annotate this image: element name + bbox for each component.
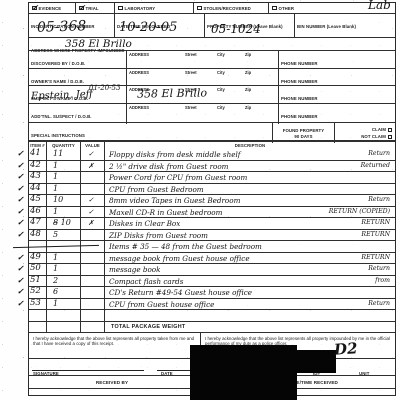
item-value-cell: ✓ — [81, 195, 105, 206]
item-value-cell — [81, 184, 105, 195]
incident-number-value: 05-368 — [37, 18, 87, 36]
item-quantity-value: 6 — [53, 287, 58, 296]
not-claim-label: NOT CLAIM — [361, 134, 386, 139]
city-label: City — [217, 87, 225, 92]
item-number-value: 52 — [30, 286, 41, 296]
margin-checkmark-icon: ✓ — [17, 206, 24, 216]
item-description-cell — [105, 310, 395, 321]
description-header-label: DESCRIPTION — [235, 143, 265, 148]
item-value-cell — [81, 172, 105, 183]
item-row: ✓ 41 11 ✓ Floppy disks from desk middle … — [29, 149, 395, 161]
phone-label: PHONE NUMBER — [281, 61, 318, 66]
item-number-cell: 48 — [29, 230, 47, 241]
item-description-value: Floppy disks from desk middle shelf — [109, 150, 240, 159]
discovered-address-cell: ADDRESS Street City Zip — [127, 51, 279, 71]
redaction-box-id — [288, 350, 336, 373]
checkbox-icon: ✓ — [32, 6, 37, 11]
checkbox-label: OTHER — [279, 6, 295, 11]
margin-checkmark-icon: ✓ — [17, 171, 24, 181]
item-disposition-note: Return — [368, 150, 390, 157]
item-description-cell: Items # 35 — 48 from the Guest bedroom — [105, 241, 395, 252]
item-value-mark: ✓ — [88, 150, 94, 158]
special-instructions-label: SPECIAL INSTRUCTIONS — [31, 133, 85, 138]
item-number-cell: 44 — [29, 184, 47, 195]
item-quantity-cell: 1 — [47, 161, 81, 172]
item-description-cell: ZIP Disks from Guest room RETURN — [105, 230, 395, 241]
suspect-address-cell: ADDRESS Street City Zip 358 El Brillo — [127, 86, 279, 106]
item-quantity-value: 1 — [53, 207, 58, 216]
item-quantity-value: 1 — [53, 161, 58, 170]
item-number-cell: 45 — [29, 195, 47, 206]
item-description-cell: 8mm video Tapes in Guest Bedroom Return — [105, 195, 395, 206]
item-description-cell: Diskes in Clear Box RETURN — [105, 218, 395, 229]
date-recovered-value: 10-20-05 — [119, 20, 177, 35]
property-number-value: 05-1024 — [211, 22, 261, 36]
item-quantity-value: 1 — [53, 253, 58, 262]
item-value-cell — [81, 299, 105, 310]
claim-option: CLAIM — [372, 127, 392, 132]
additional-suspect-cell: ADD'TNL. SUSPECT / D.O.B. — [29, 104, 127, 124]
received-by-cell: RECEIVED BY — [29, 376, 196, 388]
value-header-label: VALUE — [85, 143, 100, 148]
item-disposition-note: Return — [368, 300, 390, 307]
margin-checkmark-icon: ✓ — [17, 275, 24, 285]
additional-suspect-label: ADD'TNL. SUSPECT / D.O.B. — [31, 114, 92, 119]
item-description-cell: 2 ½" drive disk from Guest room Returned — [105, 161, 395, 172]
item-quantity-cell: 1 — [47, 207, 81, 218]
total-qty-cell — [47, 322, 81, 333]
item-description-cell: Compact flash cards from — [105, 276, 395, 287]
classification-option: ✓ TRIAL — [76, 3, 115, 13]
margin-checkmark-icon: ✓ — [17, 286, 24, 296]
additional-phone-cell: PHONE NUMBER — [279, 104, 395, 124]
item-quantity-cell: 1 — [47, 253, 81, 264]
phone-label: PHONE NUMBER — [281, 114, 318, 119]
classification-checkbox-row: ✓ EVIDENCE ✓ TRIAL ✓ LABORATORY ✓ STOLEN… — [29, 3, 395, 14]
item-description-value: message book — [109, 265, 160, 274]
item-number-cell: 43 — [29, 172, 47, 183]
item-quantity-value: 1 — [53, 172, 58, 181]
item-description-value: CPU from Guest house office — [109, 300, 214, 309]
additional-suspect-row: ADD'TNL. SUSPECT / D.O.B. ADDRESS Street… — [29, 104, 395, 123]
item-quantity-cell: 8̶ 10 — [47, 218, 81, 229]
item-value-mark: ✓ — [88, 208, 94, 216]
claim-cell: CLAIM NOT CLAIM — [335, 123, 395, 143]
item-number-value: 46 — [30, 206, 41, 216]
item-quantity-value: 1 — [53, 184, 58, 193]
item-description-cell: CPU from Guest house office Return — [105, 299, 395, 310]
item-number-cell: 51 — [29, 276, 47, 287]
item-number-value: 42 — [30, 160, 41, 170]
item-quantity-cell: 6 — [47, 287, 81, 298]
item-row: ✓ 47 8̶ 10 ✗ Diskes in Clear Box RETURN — [29, 218, 395, 230]
margin-checkmark-icon: ✓ — [17, 183, 24, 193]
item-row: ✓ 50 1 message book Return — [29, 264, 395, 276]
item-description-value: Diskes in Clear Box — [109, 219, 180, 228]
scanned-property-receipt: Lab ✓ EVIDENCE ✓ TRIAL ✓ LABORATORY — [0, 0, 400, 400]
item-description-value: CD's Return #49-54 Guest house office — [109, 288, 252, 297]
total-package-weight-row: TOTAL PACKAGE WEIGHT — [29, 322, 395, 334]
item-number-cell: 52 — [29, 287, 47, 298]
item-number-value: 41 — [30, 148, 41, 158]
margin-checkmark-icon: ✓ — [17, 263, 24, 273]
suspect-row: SUSPECT'S NAME / D.O.B. 01-20-53 Epstein… — [29, 86, 395, 104]
item-quantity-value: 1 — [53, 299, 58, 308]
item-quantity-cell — [47, 241, 81, 252]
discovered-by-label: DISCOVERED BY / D.O.B. — [31, 61, 85, 66]
item-quantity-value: 11 — [53, 149, 63, 158]
discovered-phone-cell: PHONE NUMBER — [279, 51, 395, 71]
not-claim-option: NOT CLAIM — [361, 134, 392, 139]
item-disposition-note: from — [375, 277, 390, 284]
item-number-value: 48 — [30, 229, 41, 239]
incident-number-cell: INCIDENT/CITATION NUMBER 05-368 — [29, 14, 115, 37]
classification-option: ✓ LABORATORY — [115, 3, 194, 13]
margin-checkmark-icon: ✓ — [17, 148, 24, 158]
margin-checkmark-icon: ✓ — [17, 298, 24, 308]
ninety-days-label: 90 DAYS — [294, 134, 312, 139]
item-description-value: CPU from Guest Bedroom — [109, 185, 204, 194]
item-value-cell — [81, 241, 105, 252]
item-quantity-cell: 5 — [47, 230, 81, 241]
address-label: ADDRESS — [129, 105, 149, 110]
checkbox-label: LABORATORY — [125, 6, 156, 11]
suspect-name-cell: SUSPECT'S NAME / D.O.B. 01-20-53 Epstein… — [29, 86, 127, 106]
total-item-cell — [29, 322, 47, 333]
item-quantity-cell: 1 — [47, 299, 81, 310]
item-number-cell: 46 — [29, 207, 47, 218]
item-value-mark: ✗ — [88, 219, 94, 227]
item-row: ✓ 53 1 CPU from Guest house office Retur… — [29, 299, 395, 311]
item-row: ✓ 42 1 ✗ 2 ½" drive disk from Guest room… — [29, 161, 395, 173]
item-description-cell: Maxell CD-R in Guest bedroom RETURN (COP… — [105, 207, 395, 218]
item-quantity-cell: 10 — [47, 195, 81, 206]
item-quantity-cell: 1 — [47, 264, 81, 275]
item-number-cell: 42 — [29, 161, 47, 172]
value-header: VALUE — [81, 142, 105, 149]
redaction-box-center — [190, 345, 297, 400]
owner-row: OWNER'S NAME / D.O.B. ADDRESS Street Cit… — [29, 69, 395, 86]
item-quantity-value: 10 — [53, 195, 63, 204]
item-row: ✓ 51 2 Compact flash cards from — [29, 276, 395, 288]
item-quantity-value: 5 — [53, 230, 58, 239]
item-disposition-note: RETURN — [361, 254, 390, 261]
checkbox-icon: ✓ — [272, 6, 277, 11]
margin-checkmark-icon: ✓ — [17, 229, 24, 239]
item-value-cell — [81, 287, 105, 298]
item-quantity-cell: 1 — [47, 172, 81, 183]
item-value-cell: ✓ — [81, 207, 105, 218]
item-row: ✓ 49 1 message book from Guest house off… — [29, 253, 395, 265]
item-number-value: 47 — [30, 217, 41, 227]
item-description-value: Power Cord for CPU from Guest room — [109, 173, 247, 182]
margin-checkmark-icon: ✓ — [17, 252, 24, 262]
item-value-cell: ✗ — [81, 218, 105, 229]
checkmark-icon: ✓ — [79, 3, 85, 12]
item-disposition-note: Returned — [361, 162, 390, 169]
checkmark-icon: ✓ — [32, 3, 38, 12]
item-description-cell: CD's Return #49-54 Guest house office — [105, 287, 395, 298]
item-description-value: 8mm video Tapes in Guest Bedroom — [109, 196, 240, 205]
additional-address-cell: ADDRESS Street City Zip — [127, 104, 279, 124]
checkbox-icon: ✓ — [79, 6, 84, 11]
margin-checkmark-icon: ✓ — [17, 217, 24, 227]
address-label: ADDRESS — [129, 52, 149, 57]
item-number-cell: 41 — [29, 149, 47, 160]
item-row: ✓ 43 1 Power Cord for CPU from Guest roo… — [29, 172, 395, 184]
item-value-cell — [81, 264, 105, 275]
checkbox-label: TRIAL — [86, 6, 99, 11]
bin-number-cell: BIN NUMBER (Leave Blank) — [295, 14, 395, 37]
item-value-cell — [81, 230, 105, 241]
item-row: ✓ 44 1 CPU from Guest Bedroom — [29, 184, 395, 196]
item-description-cell: Floppy disks from desk middle shelf Retu… — [105, 149, 395, 160]
description-header: DESCRIPTION — [105, 142, 395, 149]
discovered-by-row: DISCOVERED BY / D.O.B. ADDRESS Street Ci… — [29, 51, 395, 69]
item-disposition-note: RETURN — [361, 231, 390, 238]
margin-checkmark-icon: ✓ — [17, 160, 24, 170]
datetime-received-cell: DATE/TIME RECEIVED — [284, 376, 395, 388]
classification-option: ✓ STOLEN/RECOVERED — [194, 3, 269, 13]
item-description-cell: message book Return — [105, 264, 395, 275]
item-value-mark: ✓ — [88, 196, 94, 204]
item-number-cell: 47 — [29, 218, 47, 229]
case-numbers-row: INCIDENT/CITATION NUMBER 05-368 DATE/TIM… — [29, 14, 395, 38]
street-label: Street — [185, 70, 197, 75]
item-row — [29, 310, 395, 322]
impound-address-value: 358 El Brillo — [65, 38, 132, 50]
item-row: Items # 35 — 48 from the Guest bedroom — [29, 241, 395, 253]
item-quantity-value: 8̶ 10 — [53, 218, 71, 227]
suspect-dob-value: 01-20-53 — [89, 84, 120, 92]
item-number-value: 44 — [30, 183, 41, 193]
item-number-value: 49 — [30, 252, 41, 262]
item-number-value: 50 — [30, 263, 41, 273]
property-receipt-form: ✓ EVIDENCE ✓ TRIAL ✓ LABORATORY ✓ STOLEN… — [28, 2, 396, 396]
checkbox-icon: ✓ — [197, 6, 202, 11]
item-disposition-note: Return — [368, 265, 390, 272]
item-value-cell — [81, 276, 105, 287]
unit-value-handwriting: D2 — [333, 339, 358, 359]
item-disposition-note: RETURN — [361, 219, 390, 226]
checkbox-label: EVIDENCE — [39, 6, 62, 11]
city-label: City — [217, 70, 225, 75]
found-property-label: FOUND PROPERTY — [283, 128, 325, 133]
city-label: City — [217, 105, 225, 110]
total-package-weight-label: TOTAL PACKAGE WEIGHT — [111, 324, 185, 330]
margin-checkmark-icon: ✓ — [17, 194, 24, 204]
item-value-cell — [81, 310, 105, 321]
owner-name-label: OWNER'S NAME / D.O.B. — [31, 79, 84, 84]
item-value-cell: ✗ — [81, 161, 105, 172]
items-table-body: ✓ 41 11 ✓ Floppy disks from desk middle … — [29, 149, 395, 322]
item-value-cell — [81, 253, 105, 264]
item-number-cell: 53 — [29, 299, 47, 310]
city-label: City — [217, 52, 225, 57]
quantity-header: QUANTITY — [47, 142, 81, 149]
item-description-value: Maxell CD-R in Guest bedroom — [109, 208, 222, 217]
item-description-value: Items # 35 — 48 from the Guest bedroom — [109, 242, 262, 251]
discovered-by-cell: DISCOVERED BY / D.O.B. — [29, 51, 127, 71]
item-number-cell: 50 — [29, 264, 47, 275]
found-property-cell: FOUND PROPERTY 90 DAYS — [273, 123, 335, 143]
claim-checkbox-icon — [388, 128, 392, 132]
street-label: Street — [185, 52, 197, 57]
checkbox-icon: ✓ — [118, 6, 123, 11]
item-row: ✓ 52 6 CD's Return #49-54 Guest house of… — [29, 287, 395, 299]
item-description-cell: message book from Guest house office RET… — [105, 253, 395, 264]
total-desc-cell: TOTAL PACKAGE WEIGHT — [105, 322, 395, 333]
item-number-value: 45 — [30, 194, 41, 204]
item-quantity-cell: 11 — [47, 149, 81, 160]
owner-acknowledgment-text: I hereby acknowledge that the above list… — [29, 333, 201, 358]
not-claim-checkbox-icon — [388, 135, 392, 139]
total-value-cell — [81, 322, 105, 333]
item-description-cell: Power Cord for CPU from Guest room — [105, 172, 395, 183]
property-number-cell: PROPERTY NUMBER (Leave Blank) 05-1024 — [205, 14, 295, 37]
item-quantity-cell: 2 — [47, 276, 81, 287]
item-quantity-cell: 1 — [47, 184, 81, 195]
phone-label: PHONE NUMBER — [281, 96, 318, 101]
special-instructions-row: SPECIAL INSTRUCTIONS FOUND PROPERTY 90 D… — [29, 123, 395, 141]
bin-number-label: BIN NUMBER (Leave Blank) — [297, 24, 356, 29]
phone-label: PHONE NUMBER — [281, 79, 318, 84]
quantity-header-label: QUANTITY — [52, 143, 75, 148]
item-value-cell: ✓ — [81, 149, 105, 160]
street-label: Street — [185, 105, 197, 110]
item-description-value: 2 ½" drive disk from Guest room — [109, 162, 229, 171]
corner-annotation-lab: Lab — [368, 0, 391, 12]
item-description-value: Compact flash cards — [109, 277, 183, 286]
classification-option: ✓ EVIDENCE — [29, 3, 76, 13]
zip-label: Zip — [245, 87, 251, 92]
suspect-address-value: 358 El Brillo — [137, 86, 207, 100]
item-number-value: 43 — [30, 171, 41, 181]
item-number-cell: 49 — [29, 253, 47, 264]
item-quantity-value: 1 — [53, 264, 58, 273]
item-quantity-value: 2 — [53, 276, 58, 285]
item-description-value: message book from Guest house office — [109, 254, 250, 263]
item-number-value: 51 — [30, 275, 41, 285]
item-number-cell — [29, 310, 47, 321]
item-description-cell: CPU from Guest Bedroom — [105, 184, 395, 195]
item-value-mark: ✗ — [88, 162, 94, 170]
item-description-value: ZIP Disks from Guest room — [109, 231, 208, 240]
address-label: ADDRESS — [129, 70, 149, 75]
item-disposition-note: Return — [368, 196, 390, 203]
zip-label: Zip — [245, 105, 251, 110]
item-number-cell — [29, 241, 47, 252]
claim-label: CLAIM — [372, 127, 386, 132]
item-row: ✓ 46 1 ✓ Maxell CD-R in Guest bedroom RE… — [29, 207, 395, 219]
item-row: ✓ 48 5 ZIP Disks from Guest room RETURN — [29, 230, 395, 242]
item-disposition-note: RETURN (COPIED) — [329, 208, 390, 215]
received-by-label: RECEIVED BY — [96, 380, 128, 385]
zip-label: Zip — [245, 52, 251, 57]
item-quantity-cell — [47, 310, 81, 321]
special-instructions-cell: SPECIAL INSTRUCTIONS — [29, 123, 273, 143]
zip-label: Zip — [245, 70, 251, 75]
checkbox-label: STOLEN/RECOVERED — [204, 6, 251, 11]
suspect-name-value: Epstein, Jeff — [31, 89, 93, 102]
impound-address-row: ADDRESS WHERE PROPERTY IMPOUNDED 358 El … — [29, 38, 395, 51]
item-number-value: 53 — [30, 298, 41, 308]
item-row: ✓ 45 10 ✓ 8mm video Tapes in Guest Bedro… — [29, 195, 395, 207]
suspect-phone-cell: PHONE NUMBER — [279, 86, 395, 106]
date-recovered-cell: DATE/TIME RECOVERED 10-20-05 — [115, 14, 205, 37]
